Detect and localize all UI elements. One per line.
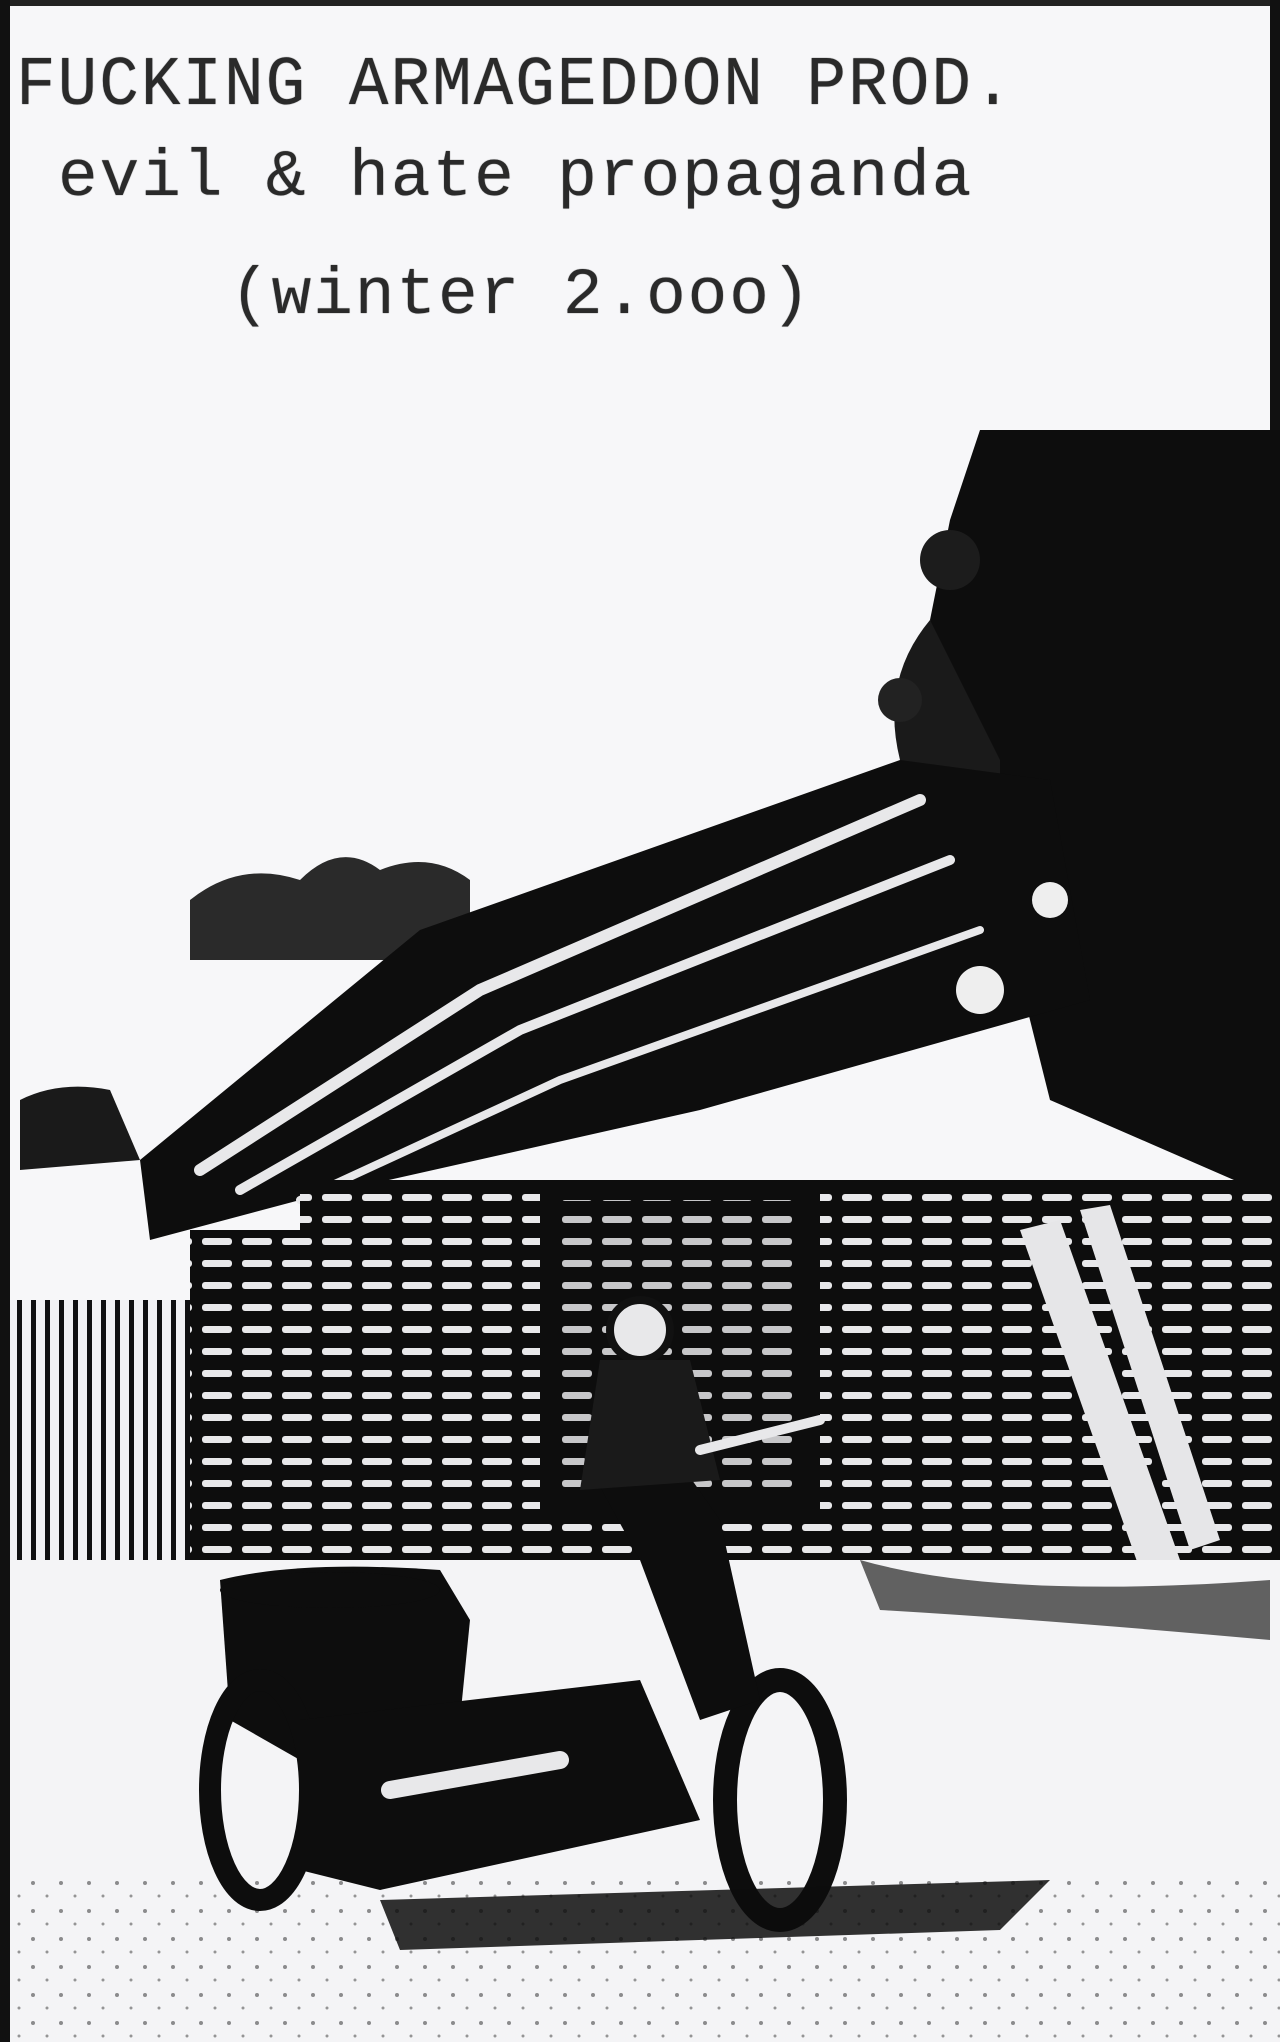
label-date: (winter 2.ooo) (230, 258, 813, 333)
cabin-roof (140, 760, 1090, 1240)
fence (10, 1300, 190, 1570)
cabin-wall (300, 1180, 1280, 1570)
cover-page: FUCKING ARMAGEDDON PROD. evil & hate pro… (0, 0, 1280, 2042)
label-subtitle: evil & hate propaganda (58, 140, 973, 215)
label-title: FUCKING ARMAGEDDON PROD. (16, 46, 1015, 125)
